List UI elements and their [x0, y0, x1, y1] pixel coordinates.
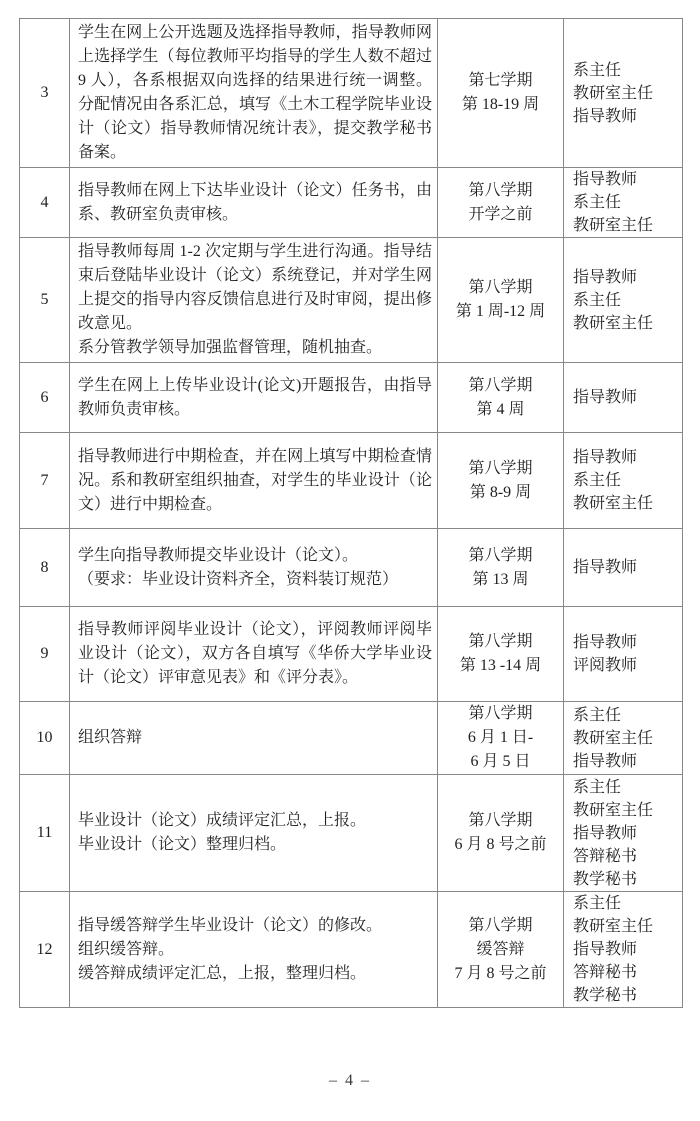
task-line: 学生在网上公开选题及选择指导教师，指导教师网上选择学生（每位教师平均指导的学生人…	[78, 21, 432, 165]
person-line: 教学秘书	[573, 868, 682, 891]
task-cell: 指导教师进行中期检查，并在网上填写中期检查情况。系和教研室组织抽查，对学生的毕业…	[70, 433, 438, 529]
person-line: 教研室主任	[573, 799, 682, 822]
person-line: 指导教师	[573, 105, 682, 128]
time-line: 第 8-9 周	[438, 481, 563, 505]
task-line: 系分管教学领导加强监督管理，随机抽查。	[78, 336, 432, 360]
time-line: 第 13 周	[438, 568, 563, 592]
people-cell: 指导教师	[564, 363, 683, 433]
task-line: 指导教师在网上下达毕业设计（论文）任务书，由系、教研室负责审核。	[78, 179, 432, 227]
person-line: 指导教师	[573, 446, 682, 469]
row-number-cell: 12	[20, 892, 70, 1008]
row-number: 5	[41, 291, 49, 308]
task-cell: 指导教师每周 1-2 次定期与学生进行沟通。指导结束后登陆毕业设计（论文）系统登…	[70, 238, 438, 363]
row-number-cell: 7	[20, 433, 70, 529]
person-line: 教研室主任	[573, 214, 682, 237]
person-line: 系主任	[573, 704, 682, 727]
row-number-cell: 6	[20, 363, 70, 433]
row-number: 9	[41, 645, 49, 662]
time-cell: 第八学期6 月 1 日-6 月 5 日	[438, 702, 564, 775]
row-number: 8	[41, 559, 49, 576]
time-line: 第八学期	[438, 544, 563, 568]
time-line: 第 1 周-12 周	[438, 300, 563, 324]
person-line: 教研室主任	[573, 727, 682, 750]
time-line: 第八学期	[438, 914, 563, 938]
time-line: 开学之前	[438, 203, 563, 227]
task-line: 缓答辩成绩评定汇总，上报，整理归档。	[78, 962, 432, 986]
time-cell: 第七学期第 18-19 周	[438, 19, 564, 168]
person-line: 指导教师	[573, 266, 682, 289]
task-line: 指导缓答辩学生毕业设计（论文）的修改。	[78, 914, 432, 938]
row-number-cell: 9	[20, 607, 70, 702]
people-cell: 系主任教研室主任指导教师答辩秘书教学秘书	[564, 892, 683, 1008]
person-line: 教研室主任	[573, 915, 682, 938]
row-number: 3	[41, 84, 49, 101]
time-cell: 第八学期第 4 周	[438, 363, 564, 433]
task-line: 学生向指导教师提交毕业设计（论文）。	[78, 544, 432, 568]
time-cell: 第八学期第 13 -14 周	[438, 607, 564, 702]
task-line: 毕业设计（论文）成绩评定汇总，上报。	[78, 809, 432, 833]
time-cell: 第八学期第 13 周	[438, 529, 564, 607]
task-cell: 指导教师在网上下达毕业设计（论文）任务书，由系、教研室负责审核。	[70, 168, 438, 238]
person-line: 教研室主任	[573, 312, 682, 335]
thesis-process-schedule-table: 3 学生在网上公开选题及选择指导教师，指导教师网上选择学生（每位教师平均指导的学…	[19, 18, 683, 1008]
row-number: 10	[37, 729, 53, 746]
time-line: 7 月 8 号之前	[438, 962, 563, 986]
people-cell: 系主任教研室主任指导教师	[564, 19, 683, 168]
person-line: 指导教师	[573, 822, 682, 845]
table-row: 12 指导缓答辩学生毕业设计（论文）的修改。组织缓答辩。缓答辩成绩评定汇总，上报…	[20, 892, 683, 1008]
row-number: 12	[37, 941, 53, 958]
person-line: 指导教师	[573, 168, 682, 191]
people-cell: 指导教师系主任教研室主任	[564, 168, 683, 238]
time-line: 第 18-19 周	[438, 93, 563, 117]
time-line: 6 月 8 号之前	[438, 833, 563, 857]
person-line: 系主任	[573, 469, 682, 492]
task-cell: 组织答辩	[70, 702, 438, 775]
task-cell: 学生在网上上传毕业设计(论文)开题报告，由指导教师负责审核。	[70, 363, 438, 433]
people-cell: 指导教师系主任教研室主任	[564, 238, 683, 363]
row-number: 7	[41, 472, 49, 489]
task-line: 指导教师进行中期检查，并在网上填写中期检查情况。系和教研室组织抽查，对学生的毕业…	[78, 445, 432, 517]
table-row: 11 毕业设计（论文）成绩评定汇总，上报。毕业设计（论文）整理归档。 第八学期6…	[20, 775, 683, 892]
task-line: 学生在网上上传毕业设计(论文)开题报告，由指导教师负责审核。	[78, 374, 432, 422]
task-line: 指导教师每周 1-2 次定期与学生进行沟通。指导结束后登陆毕业设计（论文）系统登…	[78, 240, 432, 336]
task-cell: 毕业设计（论文）成绩评定汇总，上报。毕业设计（论文）整理归档。	[70, 775, 438, 892]
table-row: 10 组织答辩 第八学期6 月 1 日-6 月 5 日 系主任教研室主任指导教师	[20, 702, 683, 775]
table-row: 7 指导教师进行中期检查，并在网上填写中期检查情况。系和教研室组织抽查，对学生的…	[20, 433, 683, 529]
time-line: 第八学期	[438, 276, 563, 300]
person-line: 教研室主任	[573, 492, 682, 515]
person-line: 系主任	[573, 776, 682, 799]
task-line: （要求：毕业设计资料齐全，资料装订规范）	[78, 568, 432, 592]
people-cell: 指导教师评阅教师	[564, 607, 683, 702]
people-cell: 指导教师系主任教研室主任	[564, 433, 683, 529]
table-row: 8 学生向指导教师提交毕业设计（论文）。（要求：毕业设计资料齐全，资料装订规范）…	[20, 529, 683, 607]
person-line: 系主任	[573, 59, 682, 82]
time-cell: 第八学期缓答辩7 月 8 号之前	[438, 892, 564, 1008]
time-line: 第八学期	[438, 179, 563, 203]
time-line: 第七学期	[438, 69, 563, 93]
person-line: 指导教师	[573, 750, 682, 773]
person-line: 评阅教师	[573, 654, 682, 677]
task-cell: 指导缓答辩学生毕业设计（论文）的修改。组织缓答辩。缓答辩成绩评定汇总，上报，整理…	[70, 892, 438, 1008]
table-row: 9 指导教师评阅毕业设计（论文），评阅教师评阅毕业设计（论文），双方各自填写《华…	[20, 607, 683, 702]
time-cell: 第八学期6 月 8 号之前	[438, 775, 564, 892]
person-line: 指导教师	[573, 631, 682, 654]
time-cell: 第八学期开学之前	[438, 168, 564, 238]
row-number-cell: 5	[20, 238, 70, 363]
task-cell: 指导教师评阅毕业设计（论文），评阅教师评阅毕业设计（论文），双方各自填写《华侨大…	[70, 607, 438, 702]
person-line: 系主任	[573, 892, 682, 915]
time-line: 6 月 1 日-	[438, 726, 563, 750]
person-line: 系主任	[573, 289, 682, 312]
table-row: 6 学生在网上上传毕业设计(论文)开题报告，由指导教师负责审核。 第八学期第 4…	[20, 363, 683, 433]
page-number: – 4 –	[0, 1072, 700, 1090]
person-line: 指导教师	[573, 386, 682, 409]
row-number-cell: 3	[20, 19, 70, 168]
task-cell: 学生向指导教师提交毕业设计（论文）。（要求：毕业设计资料齐全，资料装订规范）	[70, 529, 438, 607]
task-cell: 学生在网上公开选题及选择指导教师，指导教师网上选择学生（每位教师平均指导的学生人…	[70, 19, 438, 168]
person-line: 教研室主任	[573, 82, 682, 105]
table-row: 5 指导教师每周 1-2 次定期与学生进行沟通。指导结束后登陆毕业设计（论文）系…	[20, 238, 683, 363]
table-row: 4 指导教师在网上下达毕业设计（论文）任务书，由系、教研室负责审核。 第八学期开…	[20, 168, 683, 238]
row-number-cell: 11	[20, 775, 70, 892]
person-line: 教学秘书	[573, 984, 682, 1007]
people-cell: 系主任教研室主任指导教师	[564, 702, 683, 775]
person-line: 答辩秘书	[573, 845, 682, 868]
person-line: 系主任	[573, 191, 682, 214]
time-line: 第 4 周	[438, 398, 563, 422]
time-cell: 第八学期第 8-9 周	[438, 433, 564, 529]
process-table-body: 3 学生在网上公开选题及选择指导教师，指导教师网上选择学生（每位教师平均指导的学…	[20, 19, 683, 1008]
row-number: 6	[41, 389, 49, 406]
time-line: 第 13 -14 周	[438, 654, 563, 678]
person-line: 答辩秘书	[573, 961, 682, 984]
row-number-cell: 4	[20, 168, 70, 238]
table-row: 3 学生在网上公开选题及选择指导教师，指导教师网上选择学生（每位教师平均指导的学…	[20, 19, 683, 168]
row-number-cell: 10	[20, 702, 70, 775]
time-line: 第八学期	[438, 630, 563, 654]
time-line: 第八学期	[438, 702, 563, 726]
task-line: 组织答辩	[78, 726, 432, 750]
task-line: 指导教师评阅毕业设计（论文），评阅教师评阅毕业设计（论文），双方各自填写《华侨大…	[78, 618, 432, 690]
people-cell: 指导教师	[564, 529, 683, 607]
task-line: 组织缓答辩。	[78, 938, 432, 962]
row-number: 11	[37, 824, 52, 841]
time-cell: 第八学期第 1 周-12 周	[438, 238, 564, 363]
time-line: 缓答辩	[438, 938, 563, 962]
time-line: 6 月 5 日	[438, 750, 563, 774]
person-line: 指导教师	[573, 556, 682, 579]
row-number-cell: 8	[20, 529, 70, 607]
person-line: 指导教师	[573, 938, 682, 961]
time-line: 第八学期	[438, 374, 563, 398]
row-number: 4	[41, 194, 49, 211]
people-cell: 系主任教研室主任指导教师答辩秘书教学秘书	[564, 775, 683, 892]
time-line: 第八学期	[438, 457, 563, 481]
time-line: 第八学期	[438, 809, 563, 833]
task-line: 毕业设计（论文）整理归档。	[78, 833, 432, 857]
